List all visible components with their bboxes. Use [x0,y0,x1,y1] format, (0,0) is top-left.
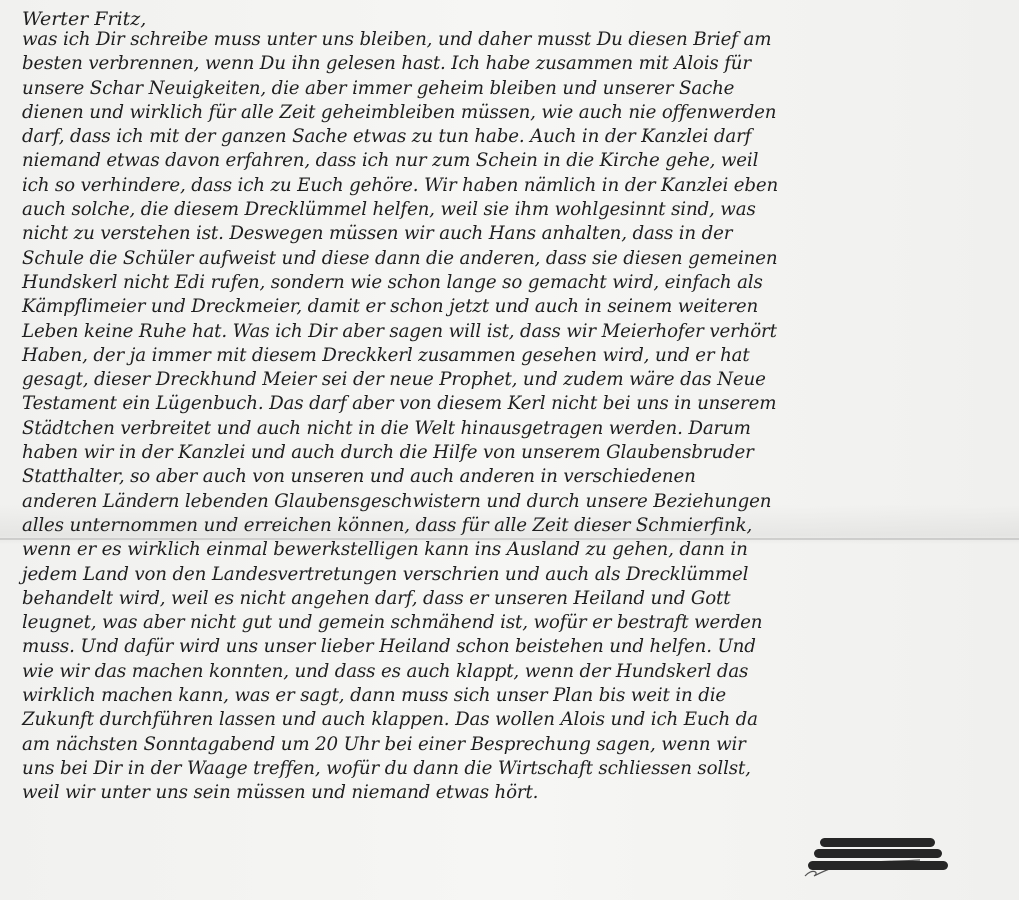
letter-line: nicht zu verstehen ist. Deswegen müssen … [22,222,997,246]
letter-line: weil wir unter uns sein müssen und niema… [22,781,997,805]
letter-line: was ich Dir schreibe muss unter uns blei… [22,28,997,52]
letter-line: uns bei Dir in der Waage treffen, wofür … [22,757,997,781]
letter-line: Testament ein Lügenbuch. Das darf aber v… [22,392,997,416]
letter-line: besten verbrennen, wenn Du ihn gelesen h… [22,52,997,76]
letter-line: Kämpflimeier und Dreckmeier, damit er sc… [22,295,997,319]
salutation: Werter Fritz, [22,8,1007,28]
redaction-bar [808,861,948,870]
letter-line: leugnet, was aber nicht gut und gemein s… [22,611,997,635]
redaction-bar [820,838,935,847]
letter-line: Zukunft durchführen lassen und auch klap… [22,708,997,732]
letter-line: Leben keine Ruhe hat. Was ich Dir aber s… [22,320,997,344]
letter-line: wie wir das machen konnten, und dass es … [22,660,997,684]
redaction-bar [814,849,942,858]
letter-line: alles unternommen und erreichen können, … [22,514,997,538]
letter-line: Statthalter, so aber auch von unseren un… [22,465,997,489]
redacted-signature [800,838,950,878]
letter-line: muss. Und dafür wird uns unser lieber He… [22,635,997,659]
letter-line: behandelt wird, weil es nicht angehen da… [22,587,997,611]
letter-line: wirklich machen kann, was er sagt, dann … [22,684,997,708]
letter-body: Werter Fritz, was ich Dir schreibe muss … [22,8,1007,806]
letter-line: dienen und wirklich für alle Zeit geheim… [22,101,997,125]
letter-line: anderen Ländern lebenden Glaubensgeschwi… [22,490,997,514]
letter-line: wenn er es wirklich einmal bewerkstellig… [22,538,997,562]
letter-line: auch solche, die diesem Drecklümmel helf… [22,198,997,222]
letter-line: niemand etwas davon erfahren, dass ich n… [22,149,997,173]
letter-line: unsere Schar Neuigkeiten, die aber immer… [22,77,997,101]
letter-line: Hundskerl nicht Edi rufen, sondern wie s… [22,271,997,295]
letter-line: Schule die Schüler aufweist und diese da… [22,247,997,271]
letter-line: haben wir in der Kanzlei und auch durch … [22,441,997,465]
letter-line: darf, dass ich mit der ganzen Sache etwa… [22,125,997,149]
letter-line: Städtchen verbreitet und auch nicht in d… [22,417,997,441]
letter-line: ich so verhindere, dass ich zu Euch gehö… [22,174,997,198]
letter-line: gesagt, dieser Dreckhund Meier sei der n… [22,368,997,392]
letter-line: Haben, der ja immer mit diesem Dreckkerl… [22,344,997,368]
letter-line: am nächsten Sonntagabend um 20 Uhr bei e… [22,733,997,757]
letter-line: jedem Land von den Landesvertretungen ve… [22,563,997,587]
